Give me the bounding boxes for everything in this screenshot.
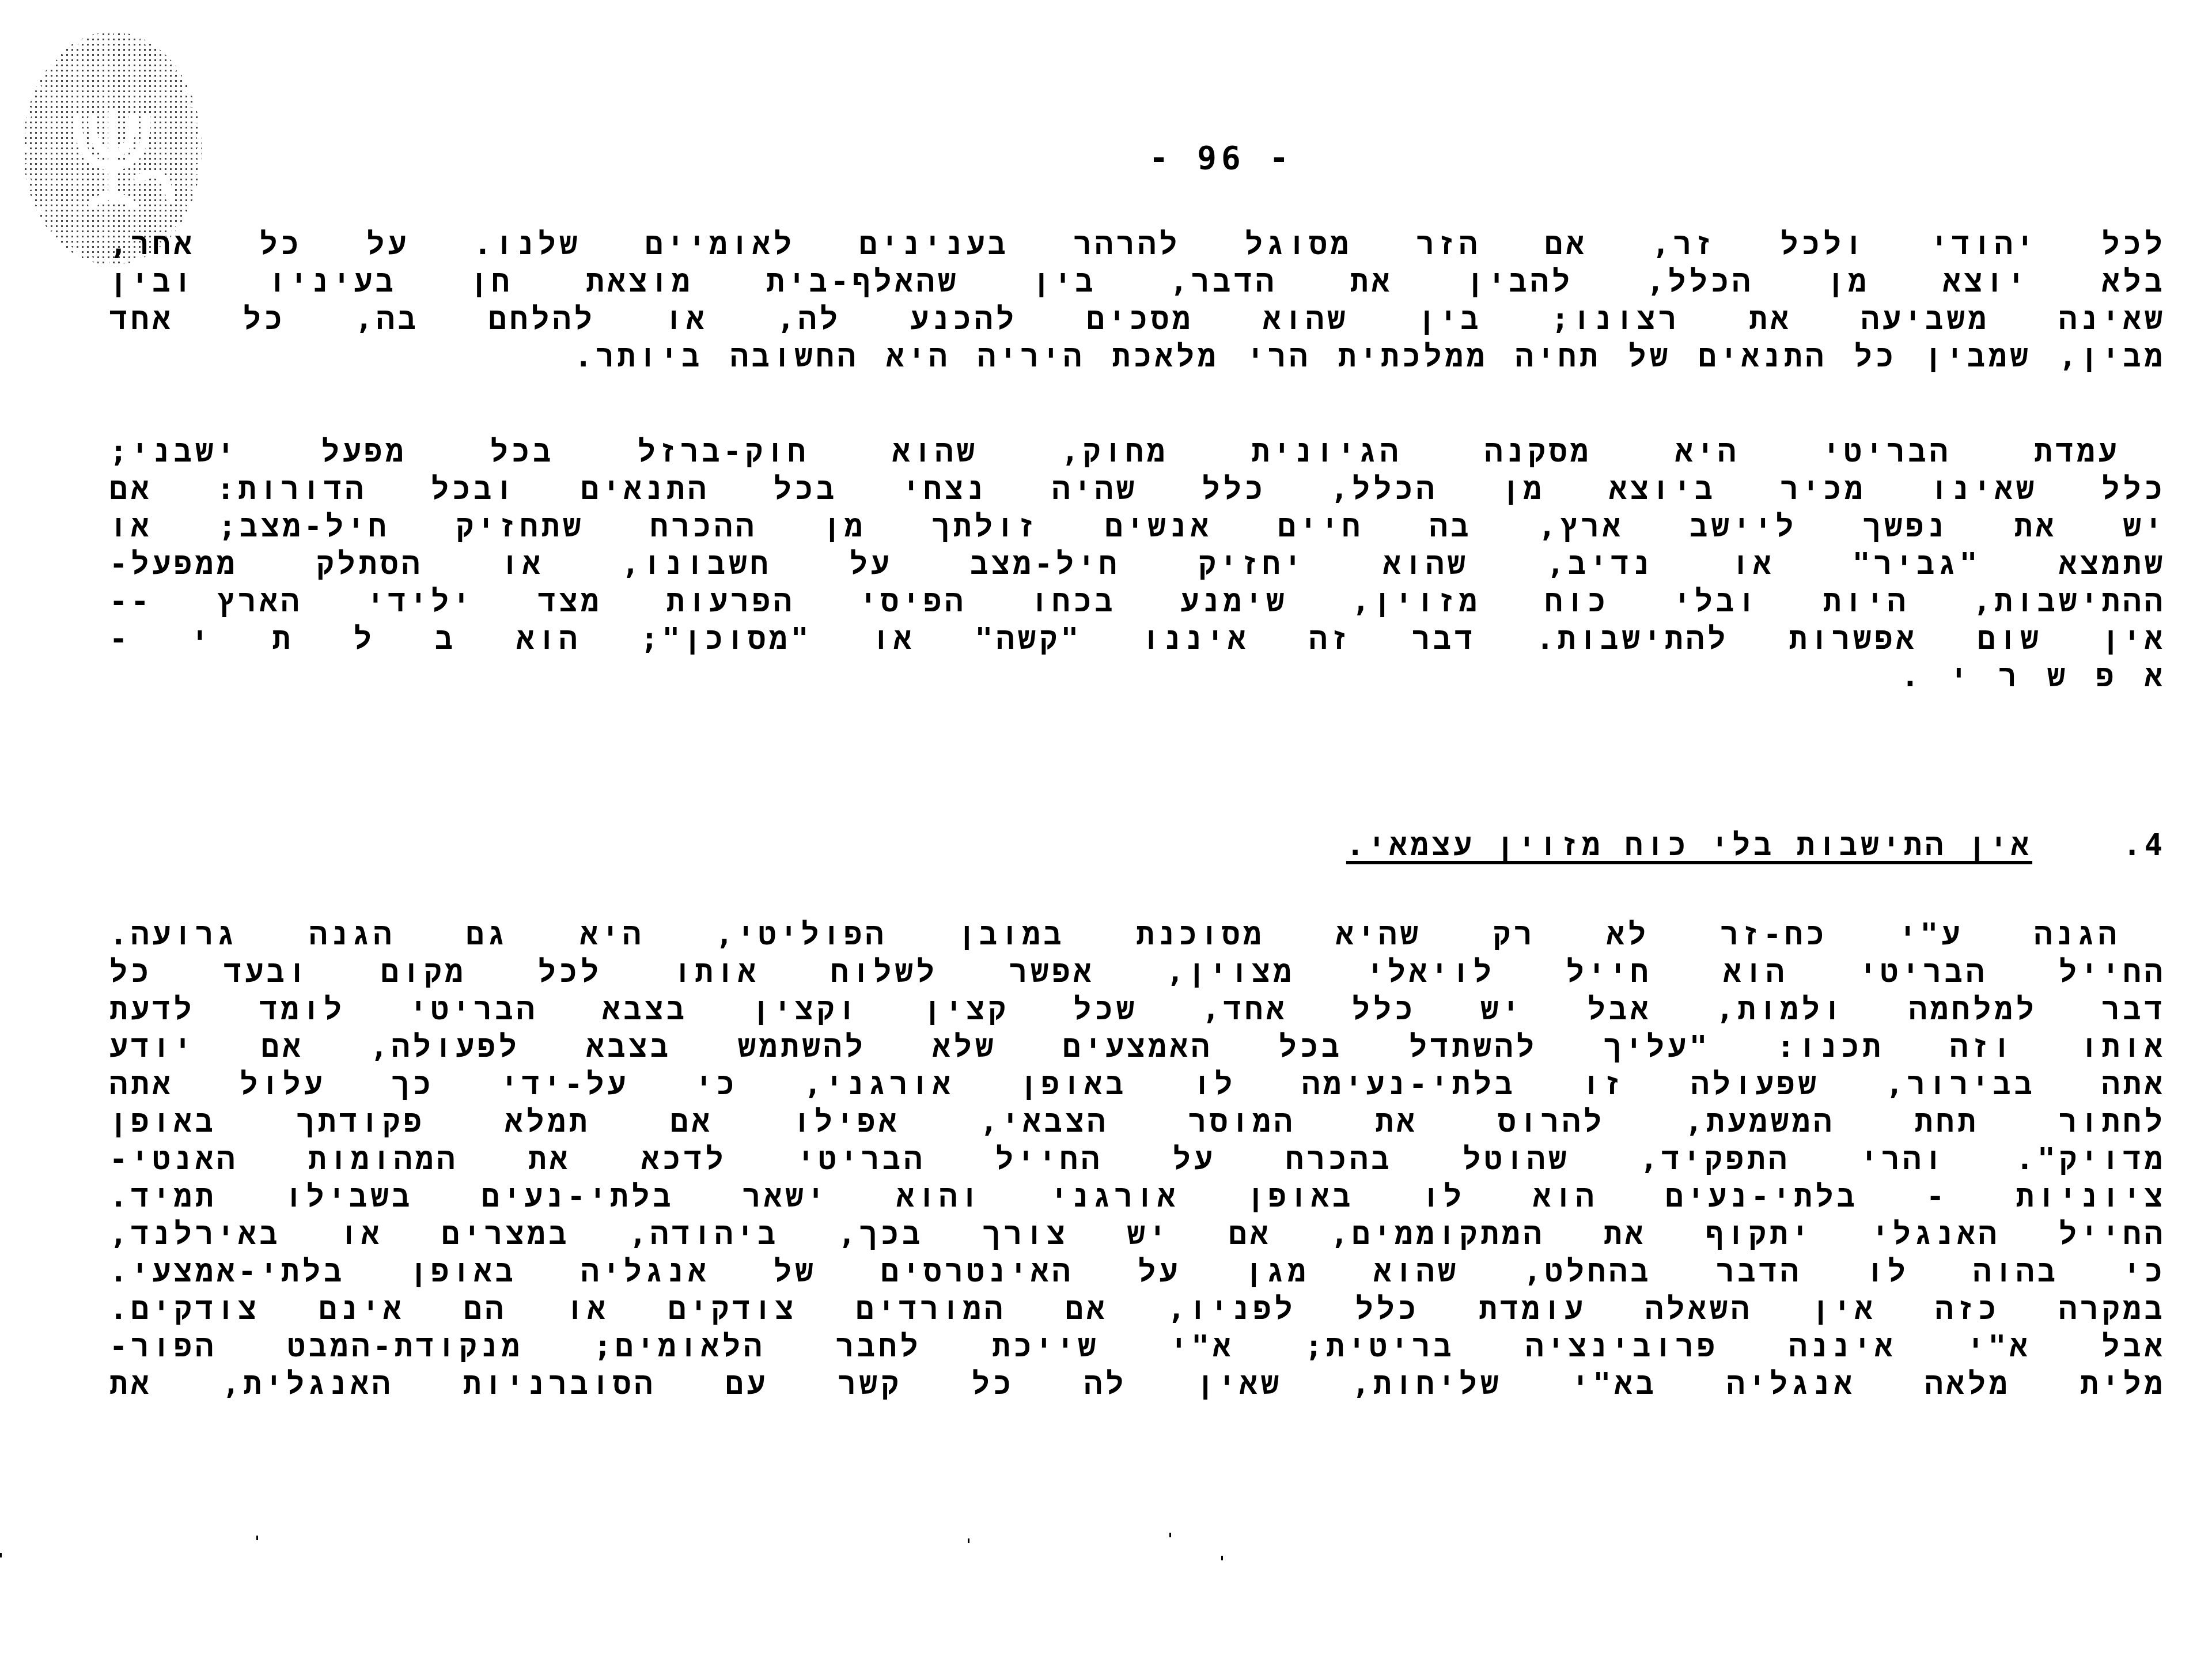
text-line: שתמצא "גביר" או נדיב, שהוא יחזיק חיל-מצב… [109,546,2166,583]
scan-speck [1221,1556,1223,1560]
paragraph-2: עמדת הבריטי היא מסקנה הגיונית מחוק, שהוא… [109,433,2166,695]
scan-speck [0,1553,2,1557]
text-line: עמדת הבריטי היא מסקנה הגיונית מחוק, שהוא… [109,433,2166,471]
page-number: - 96 - [1129,141,1313,176]
text-line: הגנה ע"י כח-זר לא רק שהיא מסוכנת במובן ה… [109,916,2166,954]
text-line: לחתור תחת המשמעת, להרוס את המוסר הצבאי, … [109,1103,2166,1141]
section-heading: 4. אין התישבות בלי כוח מזוין עצמאי. [1346,825,2166,865]
scan-speck [256,1536,258,1540]
text-line: במקרה כזה אין השאלה עומדת כלל לפניו, אם … [109,1291,2166,1328]
text-line: אתה בבירור, שפעולה זו בלתי-נעימה לו באופ… [109,1066,2166,1103]
paragraph-3: הגנה ע"י כח-זר לא רק שהיא מסוכנת במובן ה… [109,916,2166,1403]
text-line: החייל הבריטי הוא חייל לויאלי מצוין, אפשר… [109,954,2166,991]
scan-speck [968,1538,969,1543]
section-number: 4. [2123,828,2166,863]
text-line: שאינה משביעה את רצונו; בין שהוא מסכים לה… [109,301,2166,338]
text-line: ההתישבות, היות ובלי כוח מזוין, שימנע בכח… [109,583,2166,621]
text-line: דבר למלחמה ולמות, אבל יש כלל אחד, שכל קצ… [109,991,2166,1029]
text-line: מדויק". והרי התפקיד, שהוטל בהכרח על החיי… [109,1141,2166,1178]
text-line: כלל שאינו מכיר ביוצא מן הכלל, כלל שהיה נ… [109,471,2166,508]
document-page: - 96 - לכל יהודי ולכל זר, אם הזר מסוגל ל… [0,0,2212,1656]
text-line: כי בהוה לו הדבר בהחלט, שהוא מגן על האינט… [109,1253,2166,1291]
text-line: לכל יהודי ולכל זר, אם הזר מסוגל להרהר בע… [109,226,2166,263]
paragraph-1: לכל יהודי ולכל זר, אם הזר מסוגל להרהר בע… [109,226,2166,376]
text-line: אין שום אפשרות להתישבות. דבר זה איננו "ק… [109,621,2166,658]
text-line: אותו וזה תכנו: "עליך להשתדל בכל האמצעים … [109,1029,2166,1066]
text-line: בלא יוצא מן הכלל, להבין את הדבר, בין שהא… [109,263,2166,301]
section-title: אין התישבות בלי כוח מזוין עצמאי. [1346,828,2032,863]
text-line: החייל האנגלי יתקוף את המתקוממים, אם יש צ… [109,1216,2166,1253]
text-line: מבין, שמבין כל התנאים של תחיה ממלכתית הר… [109,338,2166,376]
scan-speck [1169,1533,1171,1537]
text-line: ציוניות - בלתי-נעים הוא לו באופן אורגני … [109,1178,2166,1216]
text-line: מלית מלאה אנגליה בא"י שליחות, שאין לה כל… [109,1366,2166,1403]
text-line: אבל א"י איננה פרובינציה בריטית; א"י שייכ… [109,1328,2166,1366]
text-line: יש את נפשך ליישב ארץ, בה חיים אנשים זולת… [109,508,2166,546]
text-line: א פ ש ר י . [109,658,2166,695]
